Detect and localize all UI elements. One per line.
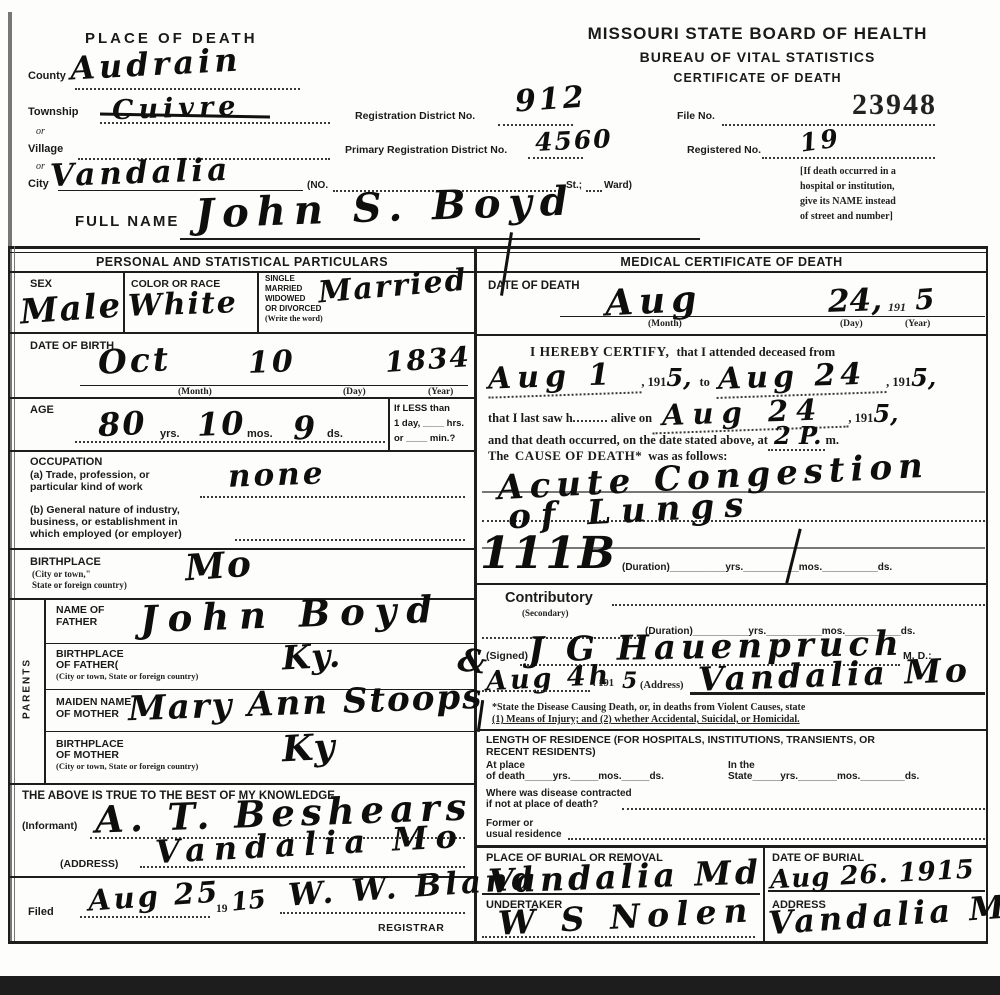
hospital-note-line: give its NAME instead xyxy=(800,194,942,209)
mother-birthplace-value: Ky xyxy=(281,729,337,768)
sex-label: SEX xyxy=(30,278,52,290)
printed-191: , 191 xyxy=(848,411,873,426)
ward-label: Ward) xyxy=(604,180,632,191)
contributory-line xyxy=(612,604,985,606)
table-bottom-border xyxy=(8,941,988,944)
row-line xyxy=(10,332,474,334)
dob-line xyxy=(80,385,468,386)
in-the-label-2: State_____yrs._______mos.________ds. xyxy=(728,771,919,782)
marital-label-line: (Write the word) xyxy=(265,314,323,324)
dod-day-value: 24, xyxy=(827,285,882,318)
age-ds-unit: ds. xyxy=(327,428,343,440)
contracted-label-1: Where was disease contracted xyxy=(486,788,632,799)
parents-cell-divider xyxy=(44,598,46,783)
undertaker-address-value: Vandalia Mo xyxy=(767,889,1000,939)
row-line xyxy=(44,731,474,732)
printed-191: , 191 xyxy=(886,375,911,390)
county-value: Audrain xyxy=(69,44,242,85)
dod-year-printed: 191 xyxy=(888,300,906,315)
row-line xyxy=(44,643,474,644)
ward-line xyxy=(586,190,602,192)
if-less-line: 1 day, ____ hrs. xyxy=(394,416,464,431)
or-2: or xyxy=(36,161,45,172)
age-yrs-unit: yrs. xyxy=(160,428,180,440)
row-line xyxy=(10,783,474,785)
registered-no-label: Registered No. xyxy=(687,144,761,156)
signed-year-digit: 5 xyxy=(622,670,637,692)
age-months-value: 10 xyxy=(196,407,246,441)
informant-address-label: (ADDRESS) xyxy=(60,858,118,870)
signed-address-value: Vandalia Mo xyxy=(698,653,972,696)
mother-maiden-label1: MAIDEN NAME xyxy=(56,696,131,708)
occupation-b-line xyxy=(235,539,465,541)
dod-sub-month: (Month) xyxy=(648,319,682,329)
registered-no-line xyxy=(762,157,935,159)
row-line xyxy=(10,397,474,399)
occupation-b-line2: business, or establishment in xyxy=(30,516,178,528)
parents-label: PARENTS xyxy=(22,639,33,739)
row-line xyxy=(477,845,986,848)
bureau-title: BUREAU OF VITAL STATISTICS xyxy=(530,49,985,65)
death-occurred-text: and that death occurred, on the date sta… xyxy=(488,433,768,448)
age-mos-unit: mos. xyxy=(247,428,273,440)
full-name-label: FULL NAME xyxy=(75,213,179,230)
dod-sub-day: (Day) xyxy=(840,319,863,329)
mother-birthplace-sub: (City or town, State or foreign country) xyxy=(56,761,198,771)
attended-from-digit: 5, xyxy=(666,366,691,390)
primary-registration-value: 4560 xyxy=(534,126,613,155)
former-line xyxy=(568,838,985,840)
marital-label-line: OR DIVORCED xyxy=(265,304,323,314)
attended-from-value: Aug 1 xyxy=(487,359,641,398)
dob-sub-year: (Year) xyxy=(428,387,453,397)
filed-label: Filed xyxy=(28,906,54,918)
cell-divider xyxy=(257,272,259,332)
full-name-line xyxy=(180,238,700,240)
sex-value: Male xyxy=(19,288,123,329)
printed-191: , 191 xyxy=(641,375,666,390)
mother-maiden-value: Mary Ann Stoops xyxy=(128,680,484,726)
file-no-value: 23948 xyxy=(852,88,937,122)
village-label: Village xyxy=(28,143,63,155)
right-section-title: MEDICAL CERTIFICATE OF DEATH xyxy=(477,255,986,269)
board-title: MISSOURI STATE BOARD OF HEALTH xyxy=(530,24,985,44)
if-less-than-note: If LESS than 1 day, ____ hrs. or ____ mi… xyxy=(394,401,464,446)
contracted-label-2: if not at place of death? xyxy=(486,799,598,810)
county-label: County xyxy=(28,70,66,82)
secondary-label: (Secondary) xyxy=(522,608,569,618)
registration-district-value: 912 xyxy=(514,83,588,118)
filed-year-printed: 19 xyxy=(216,903,228,915)
duration-check-stroke xyxy=(785,528,801,583)
father-birthplace-label2: OF FATHER( xyxy=(56,659,118,671)
filed-date-value: Aug 25 xyxy=(87,877,221,915)
city-value: Vandalia xyxy=(50,155,232,192)
footnote-line-1: *State the Disease Causing Death, or, in… xyxy=(492,702,805,713)
table-right-border xyxy=(986,246,988,944)
occupation-a-line2: particular kind of work xyxy=(30,481,143,493)
age-days-value: 9 xyxy=(292,412,315,445)
dob-sub-month: (Month) xyxy=(178,387,212,397)
burial-cell-divider xyxy=(763,847,765,941)
or-1: or xyxy=(36,126,45,137)
if-less-line: or ____ min.? xyxy=(394,431,464,446)
if-less-line: If LESS than xyxy=(394,401,464,416)
primary-registration-label: Primary Registration District No. xyxy=(345,144,507,156)
occupation-b-line1: (b) General nature of industry, xyxy=(30,504,180,516)
dob-sub-day: (Day) xyxy=(343,387,366,397)
cause-pre: The xyxy=(488,449,509,464)
signed-address-label: (Address) xyxy=(640,680,684,691)
birthplace-sub1: (City or town," xyxy=(32,569,91,579)
dod-month-value: Aug xyxy=(604,280,703,321)
last-saw-blank xyxy=(573,406,607,422)
contracted-line xyxy=(622,808,985,810)
right-title-underline xyxy=(477,271,986,273)
age-cell-divider xyxy=(388,397,390,450)
cause-code: 111B xyxy=(480,532,617,576)
in-the-label-1: In the xyxy=(728,760,755,771)
dod-sub-year: (Year) xyxy=(905,319,930,329)
file-no-label: File No. xyxy=(677,110,715,122)
occupation-b-line3: which employed (or employer) xyxy=(30,528,182,540)
birthplace-label: BIRTHPLACE xyxy=(30,556,101,568)
death-time-value: 2 P. xyxy=(768,424,825,451)
certify-line-2: Aug 1 , 191 5, to Aug 24 , 191 5, xyxy=(488,362,936,392)
father-birthplace-value: Ky. xyxy=(281,638,343,674)
table-top-border xyxy=(8,246,988,249)
former-label-1: Former or xyxy=(486,818,533,829)
marital-label: SINGLE MARRIED WIDOWED OR DIVORCED (Writ… xyxy=(265,274,323,324)
row-line xyxy=(10,450,474,452)
mother-birthplace-label2: OF MOTHER xyxy=(56,749,119,761)
registrar-label: REGISTRAR xyxy=(378,922,444,934)
table-top-border-inner xyxy=(8,252,988,253)
attended-to-digit: 5, xyxy=(911,366,936,390)
father-name-label1: NAME OF xyxy=(56,604,104,616)
occupation-a-value: none xyxy=(227,458,326,492)
occupation-a-line1: (a) Trade, profession, or xyxy=(30,469,150,481)
age-years-value: 80 xyxy=(97,407,147,441)
full-name-value: John S. Boyd xyxy=(194,181,576,234)
occupation-a-line xyxy=(200,496,465,498)
former-label-2: usual residence xyxy=(486,829,562,840)
signed-date-line xyxy=(482,690,590,692)
birthplace-sub2: State or foreign country) xyxy=(32,580,127,590)
death-certificate-scan: PLACE OF DEATH County Audrain Township C… xyxy=(0,0,1000,995)
certificate-title: CERTIFICATE OF DEATH xyxy=(530,71,985,85)
color-race-value: White xyxy=(128,288,239,322)
at-place-label-2: of death_____yrs._____mos._____ds. xyxy=(486,771,664,782)
row-line xyxy=(477,334,986,336)
filed-year-value: 15 xyxy=(230,886,267,915)
registered-no-value: 19 xyxy=(798,125,842,155)
dob-month-value: Oct xyxy=(97,342,172,379)
center-divider xyxy=(474,246,477,944)
row-line xyxy=(477,729,986,731)
last-saw-digit: 5, xyxy=(873,402,898,426)
dob-year-value: 1834 xyxy=(384,343,472,377)
township-label: Township xyxy=(28,106,79,118)
county-line xyxy=(75,88,300,90)
hospital-note-line: [If death occurred in a xyxy=(800,164,942,179)
certify-line-4: and that death occurred, on the date sta… xyxy=(488,424,839,448)
dod-year-digit: 5 xyxy=(914,285,935,314)
row-line xyxy=(477,583,986,585)
signed-year-printed: . 191 xyxy=(593,678,614,689)
occupation-label: OCCUPATION xyxy=(30,456,102,468)
marital-label-line: WIDOWED xyxy=(265,294,323,304)
marital-label-line: SINGLE xyxy=(265,274,323,284)
duration-line-1: (Duration)__________yrs.__________mos.__… xyxy=(622,562,892,573)
residence-title-1: LENGTH OF RESIDENCE (FOR HOSPITALS, INST… xyxy=(486,734,875,746)
footnote-line-2: (1) Means of Injury; and (2) whether Acc… xyxy=(492,714,800,725)
m-label: m. xyxy=(825,433,839,448)
signed-label: (Signed) xyxy=(486,650,528,662)
father-birthplace-sub: (City or town, State or foreign country) xyxy=(56,671,198,681)
at-place-label-1: At place xyxy=(486,760,525,771)
dob-day-value: 10 xyxy=(247,347,296,379)
table-left-border-inner xyxy=(14,246,15,944)
informant-label: (Informant) xyxy=(22,820,77,832)
mother-maiden-label2: OF MOTHER xyxy=(56,708,119,720)
township-value: Cuivre xyxy=(112,93,241,124)
certify-line-3: that I last saw h alive on Aug 24 , 191 … xyxy=(488,398,898,424)
cell-divider xyxy=(123,272,125,332)
table-left-border xyxy=(8,246,10,944)
father-name-label2: FATHER xyxy=(56,616,97,628)
father-name-value: John Boyd xyxy=(139,591,442,639)
primary-registration-line xyxy=(528,157,583,159)
city-label: City xyxy=(28,178,49,190)
stray-ampersand-mark: & xyxy=(456,643,489,679)
marital-label-line: MARRIED xyxy=(265,284,323,294)
hospital-note-line: of street and number] xyxy=(800,209,942,224)
age-label: AGE xyxy=(30,404,54,416)
residence-title-2: RECENT RESIDENTS) xyxy=(486,746,596,758)
hospital-note-line: hospital or institution, xyxy=(800,179,942,194)
date-of-death-label: DATE OF DEATH xyxy=(488,280,580,292)
bottom-scan-band xyxy=(0,976,1000,995)
birthplace-value: Mo xyxy=(184,546,254,587)
hospital-note: [If death occurred in a hospital or inst… xyxy=(800,164,942,224)
contributory-label: Contributory xyxy=(505,590,593,606)
to-word: to xyxy=(699,375,709,390)
registration-district-label: Registration District No. xyxy=(355,110,475,122)
